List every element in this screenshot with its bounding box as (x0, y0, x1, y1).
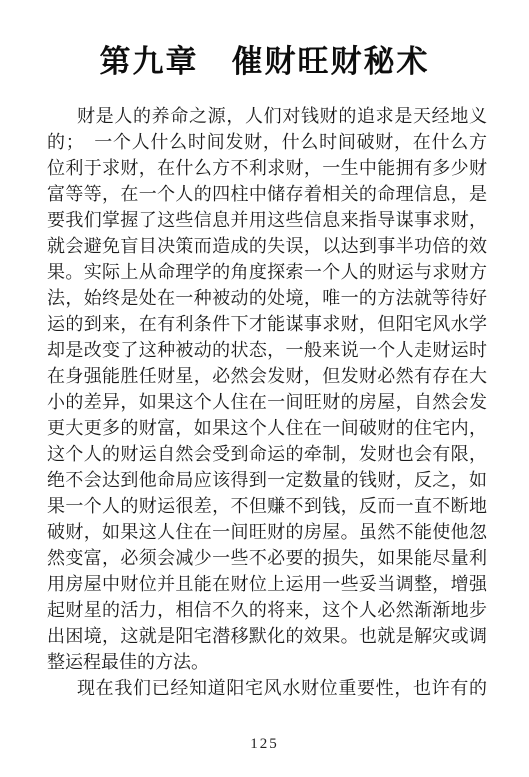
body-line: 财是人的养命之源，人们对钱财的追求是天经地义 (47, 103, 487, 129)
body-line: 在身强能胜任财星，必然会发财，但发财必然有存在大 (47, 363, 487, 389)
body-line: 果一个人的财运很差，不但赚不到钱，反而一直不断地 (47, 493, 487, 519)
body-line: 更大更多的财富，如果这个人住在一间破财的住宅内， (47, 415, 487, 441)
body-line: 果。实际上从命理学的角度探索一个人的财运与求财方 (47, 259, 487, 285)
body-line: 绝不会达到他命局应该得到一定数量的钱财，反之，如 (47, 467, 487, 493)
body-line: 运的到来，在有利条件下才能谋事求财，但阳宅风水学 (47, 311, 487, 337)
body-line: 用房屋中财位并且能在财位上运用一些妥当调整，增强 (47, 571, 487, 597)
body-line: 然变富，必须会减少一些不必要的损失，如果能尽量利 (47, 545, 487, 571)
body-line: 的； 一个人什么时间发财，什么时间破财，在什么方 (47, 129, 487, 155)
body-line: 这个人的财运自然会受到命运的牵制，发财也会有限， (47, 441, 487, 467)
body-line: 却是改变了这种被动的状态，一般来说一个人走财运时 (47, 337, 487, 363)
body-line: 起财星的活力，相信不久的将来，这个人必然渐渐地步 (47, 597, 487, 623)
body-line: 出困境，这就是阳宅潜移默化的效果。也就是解灾或调 (47, 623, 487, 649)
body-line: 要我们掌握了这些信息并用这些信息来指导谋事求财， (47, 207, 487, 233)
page-number: 125 (0, 736, 529, 753)
body-line: 位利于求财，在什么方不利求财，一生中能拥有多少财 (47, 155, 487, 181)
body-line: 破财，如果这人住在一间旺财的房屋。虽然不能使他忽 (47, 519, 487, 545)
book-page: 第九章 催财旺财秘术 财是人的养命之源，人们对钱财的追求是天经地义 的； 一个人… (0, 0, 529, 777)
body-line: 小的差异，如果这个人住在一间旺财的房屋，自然会发 (47, 389, 487, 415)
body-line: 就会避免盲目决策而造成的失误，以达到事半功倍的效 (47, 233, 487, 259)
body-text: 财是人的养命之源，人们对钱财的追求是天经地义 的； 一个人什么时间发财，什么时间… (47, 103, 487, 701)
chapter-title: 第九章 催财旺财秘术 (0, 36, 529, 81)
body-line: 富等等，在一个人的四柱中储存着相关的命理信息，是 (47, 181, 487, 207)
body-line: 法，始终是处在一种被动的处境，唯一的方法就等待好 (47, 285, 487, 311)
body-line: 整运程最佳的方法。 (47, 649, 487, 675)
body-line: 现在我们已经知道阳宅风水财位重要性，也许有的 (47, 675, 487, 701)
